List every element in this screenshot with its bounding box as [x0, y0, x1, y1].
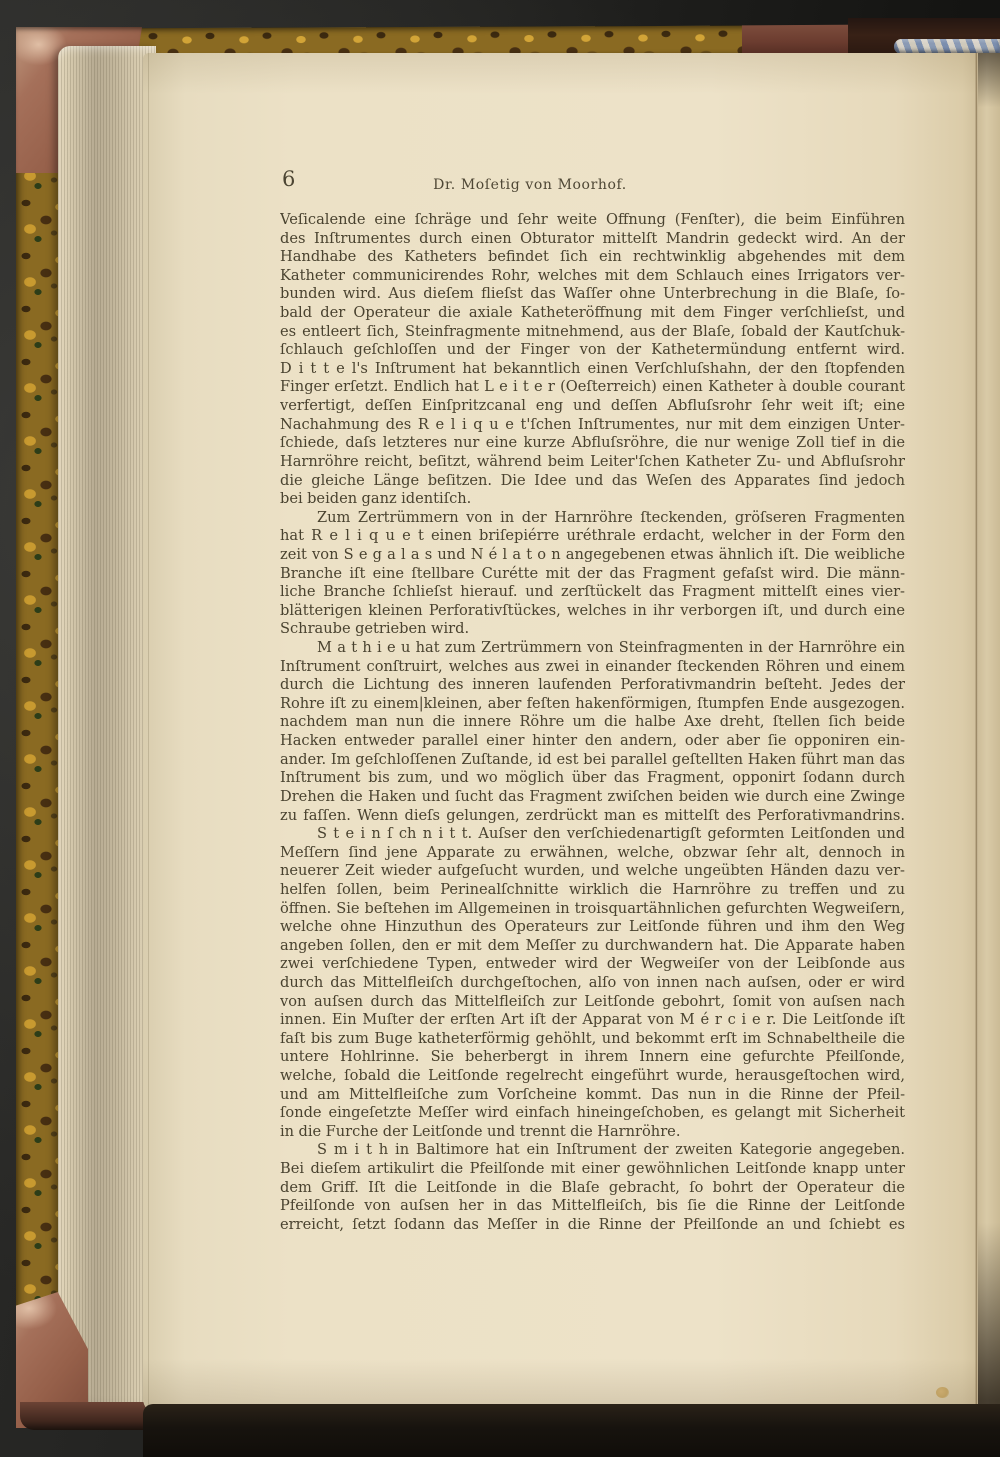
- text-line: des Inſtrumentes durch einen Obturator m…: [280, 230, 905, 249]
- text-line: Branche iſt eine ſtellbare Curétte mit d…: [280, 565, 905, 584]
- text-line: D i t t e l's Inſtrument hat bekanntlich…: [280, 360, 905, 379]
- text-line: durch das Mittelfleiſch durchgeſtochen, …: [280, 974, 905, 993]
- text-line: zwei verſchiedene Typen, entweder wird d…: [280, 955, 905, 974]
- text-line: innen. Ein Muſter der erſten Art iſt der…: [280, 1011, 905, 1030]
- text-line: dem Griff. Iſt die Leitſonde in die Blaſ…: [280, 1179, 905, 1198]
- text-line: verfertigt, deſſen Einſpritzcanal eng un…: [280, 397, 905, 416]
- text-line: nachdem man nun die innere Röhre um die …: [280, 713, 905, 732]
- book-page: 6 Dr. Moſetig von Moorhof. Veſicalende e…: [143, 53, 979, 1413]
- text-line: Handhabe des Katheters befindet ſich ein…: [280, 248, 905, 267]
- text-line: Meſſern ſind jene Apparate zu erwähnen, …: [280, 844, 905, 863]
- book-headband: [894, 39, 1000, 54]
- text-line: zu faſſen. Wenn dieſs gelungen, zerdrück…: [280, 807, 905, 826]
- text-line: neuerer Zeit wieder aufgeſucht wurden, u…: [280, 862, 905, 881]
- text-line: es entleert ſich, Steinfragmente mitnehm…: [280, 323, 905, 342]
- text-line: S t e i n ſ ch n i t t. Auſser den verſc…: [280, 825, 905, 844]
- text-line: bunden wird. Aus dieſem flieſst das Waſſ…: [280, 285, 905, 304]
- page-bottom-shadow: [143, 1404, 1000, 1457]
- text-line: ſchiede, daſs letzteres nur eine kurze A…: [280, 434, 905, 453]
- text-line: Inſtrument bis zum, und wo möglich über …: [280, 769, 905, 788]
- text-line: bei beiden ganz identiſch.: [280, 490, 905, 509]
- running-header: Dr. Moſetig von Moorhof.: [375, 177, 685, 193]
- text-line: Drehen die Haken und ſucht das Fragment …: [280, 788, 905, 807]
- text-line: erreicht, ſetzt ſodann das Meſſer in die…: [280, 1216, 905, 1235]
- text-line: Hacken entweder parallel einer hinter de…: [280, 732, 905, 751]
- page-number: 6: [282, 167, 295, 191]
- text-line: ſchlauch geſchloſſen und der Finger von …: [280, 341, 905, 360]
- text-line: welche ohne Hinzuthun des Operateurs zur…: [280, 918, 905, 937]
- gutter-crease: [975, 53, 978, 1413]
- text-line: M a t h i e u hat zum Zertrümmern von St…: [280, 639, 905, 658]
- text-line: Inſtrument conſtruirt, welches aus zwei …: [280, 658, 905, 677]
- text-line: Nachahmung des R e l i q u e t'ſchen Inſ…: [280, 416, 905, 435]
- text-line: Finger erſetzt. Endlich hat L e i t e r …: [280, 378, 905, 397]
- text-line: ſonde eingeſetzte Meſſer wird einfach hi…: [280, 1104, 905, 1123]
- text-line: untere Hohlrinne. Sie beherbergt in ihre…: [280, 1048, 905, 1067]
- text-line: öffnen. Sie beſtehen im Allgemeinen in t…: [280, 900, 905, 919]
- text-line: Rohre iſt zu einem|kleinen, aber feſten …: [280, 695, 905, 714]
- page-stain: [936, 1387, 949, 1398]
- book-scan-scene: 6 Dr. Moſetig von Moorhof. Veſicalende e…: [0, 0, 1000, 1457]
- text-block: Veſicalende eine ſchräge und ſehr weite …: [280, 211, 905, 1235]
- text-line: in die Furche der Leitſonde und trennt d…: [280, 1123, 905, 1142]
- text-line: blätterigen kleinen Perforativſtückes, w…: [280, 602, 905, 621]
- text-line: Schraube getrieben wird.: [280, 620, 905, 639]
- gutter-facing-page-edge: [978, 53, 1000, 1413]
- text-line: angeben ſollen, den er mit dem Meſſer zu…: [280, 937, 905, 956]
- text-line: hat R e l i q u e t einen briſepiérre ur…: [280, 527, 905, 546]
- text-line: durch die Lichtung des inneren laufenden…: [280, 676, 905, 695]
- text-line: faſt bis zum Buge katheterförmig gehöhlt…: [280, 1030, 905, 1049]
- text-line: zeit von S e g a l a s und N é l a t o n…: [280, 546, 905, 565]
- page-header-row: 6 Dr. Moſetig von Moorhof.: [280, 165, 905, 199]
- text-line: liche Branche ſchlieſst hierauf. und zer…: [280, 583, 905, 602]
- book-cover-leather-top-segment: [742, 25, 864, 57]
- text-line: und am Mittelfleiſche zum Vorſcheine kom…: [280, 1086, 905, 1105]
- text-line: Veſicalende eine ſchräge und ſehr weite …: [280, 211, 905, 230]
- text-line: welche, ſobald die Leitſonde regelrecht …: [280, 1067, 905, 1086]
- text-line: Pfeilſonde von auſsen her in das Mittelf…: [280, 1197, 905, 1216]
- text-line: die gleiche Länge beſitzen. Die Idee und…: [280, 472, 905, 491]
- page-stack-fore-edge: [58, 46, 156, 1418]
- text-line: von auſsen durch das Mittelfleiſch zur L…: [280, 993, 905, 1012]
- text-line: helfen ſollen, beim Perinealſchnitte wir…: [280, 881, 905, 900]
- text-line: Zum Zertrümmern von in der Harnröhre ſte…: [280, 509, 905, 528]
- text-line: S m i t h in Baltimore hat ein Inſtrumen…: [280, 1141, 905, 1160]
- text-line: ander. Im geſchloſſenen Zuſtande, id est…: [280, 751, 905, 770]
- text-line: Katheter communicirendes Rohr, welches m…: [280, 267, 905, 286]
- text-line: Bei dieſem artikulirt die Pfeilſonde mit…: [280, 1160, 905, 1179]
- text-line: Harnröhre reicht, beſitzt, während beim …: [280, 453, 905, 472]
- text-line: bald der Operateur die axiale Katheteröf…: [280, 304, 905, 323]
